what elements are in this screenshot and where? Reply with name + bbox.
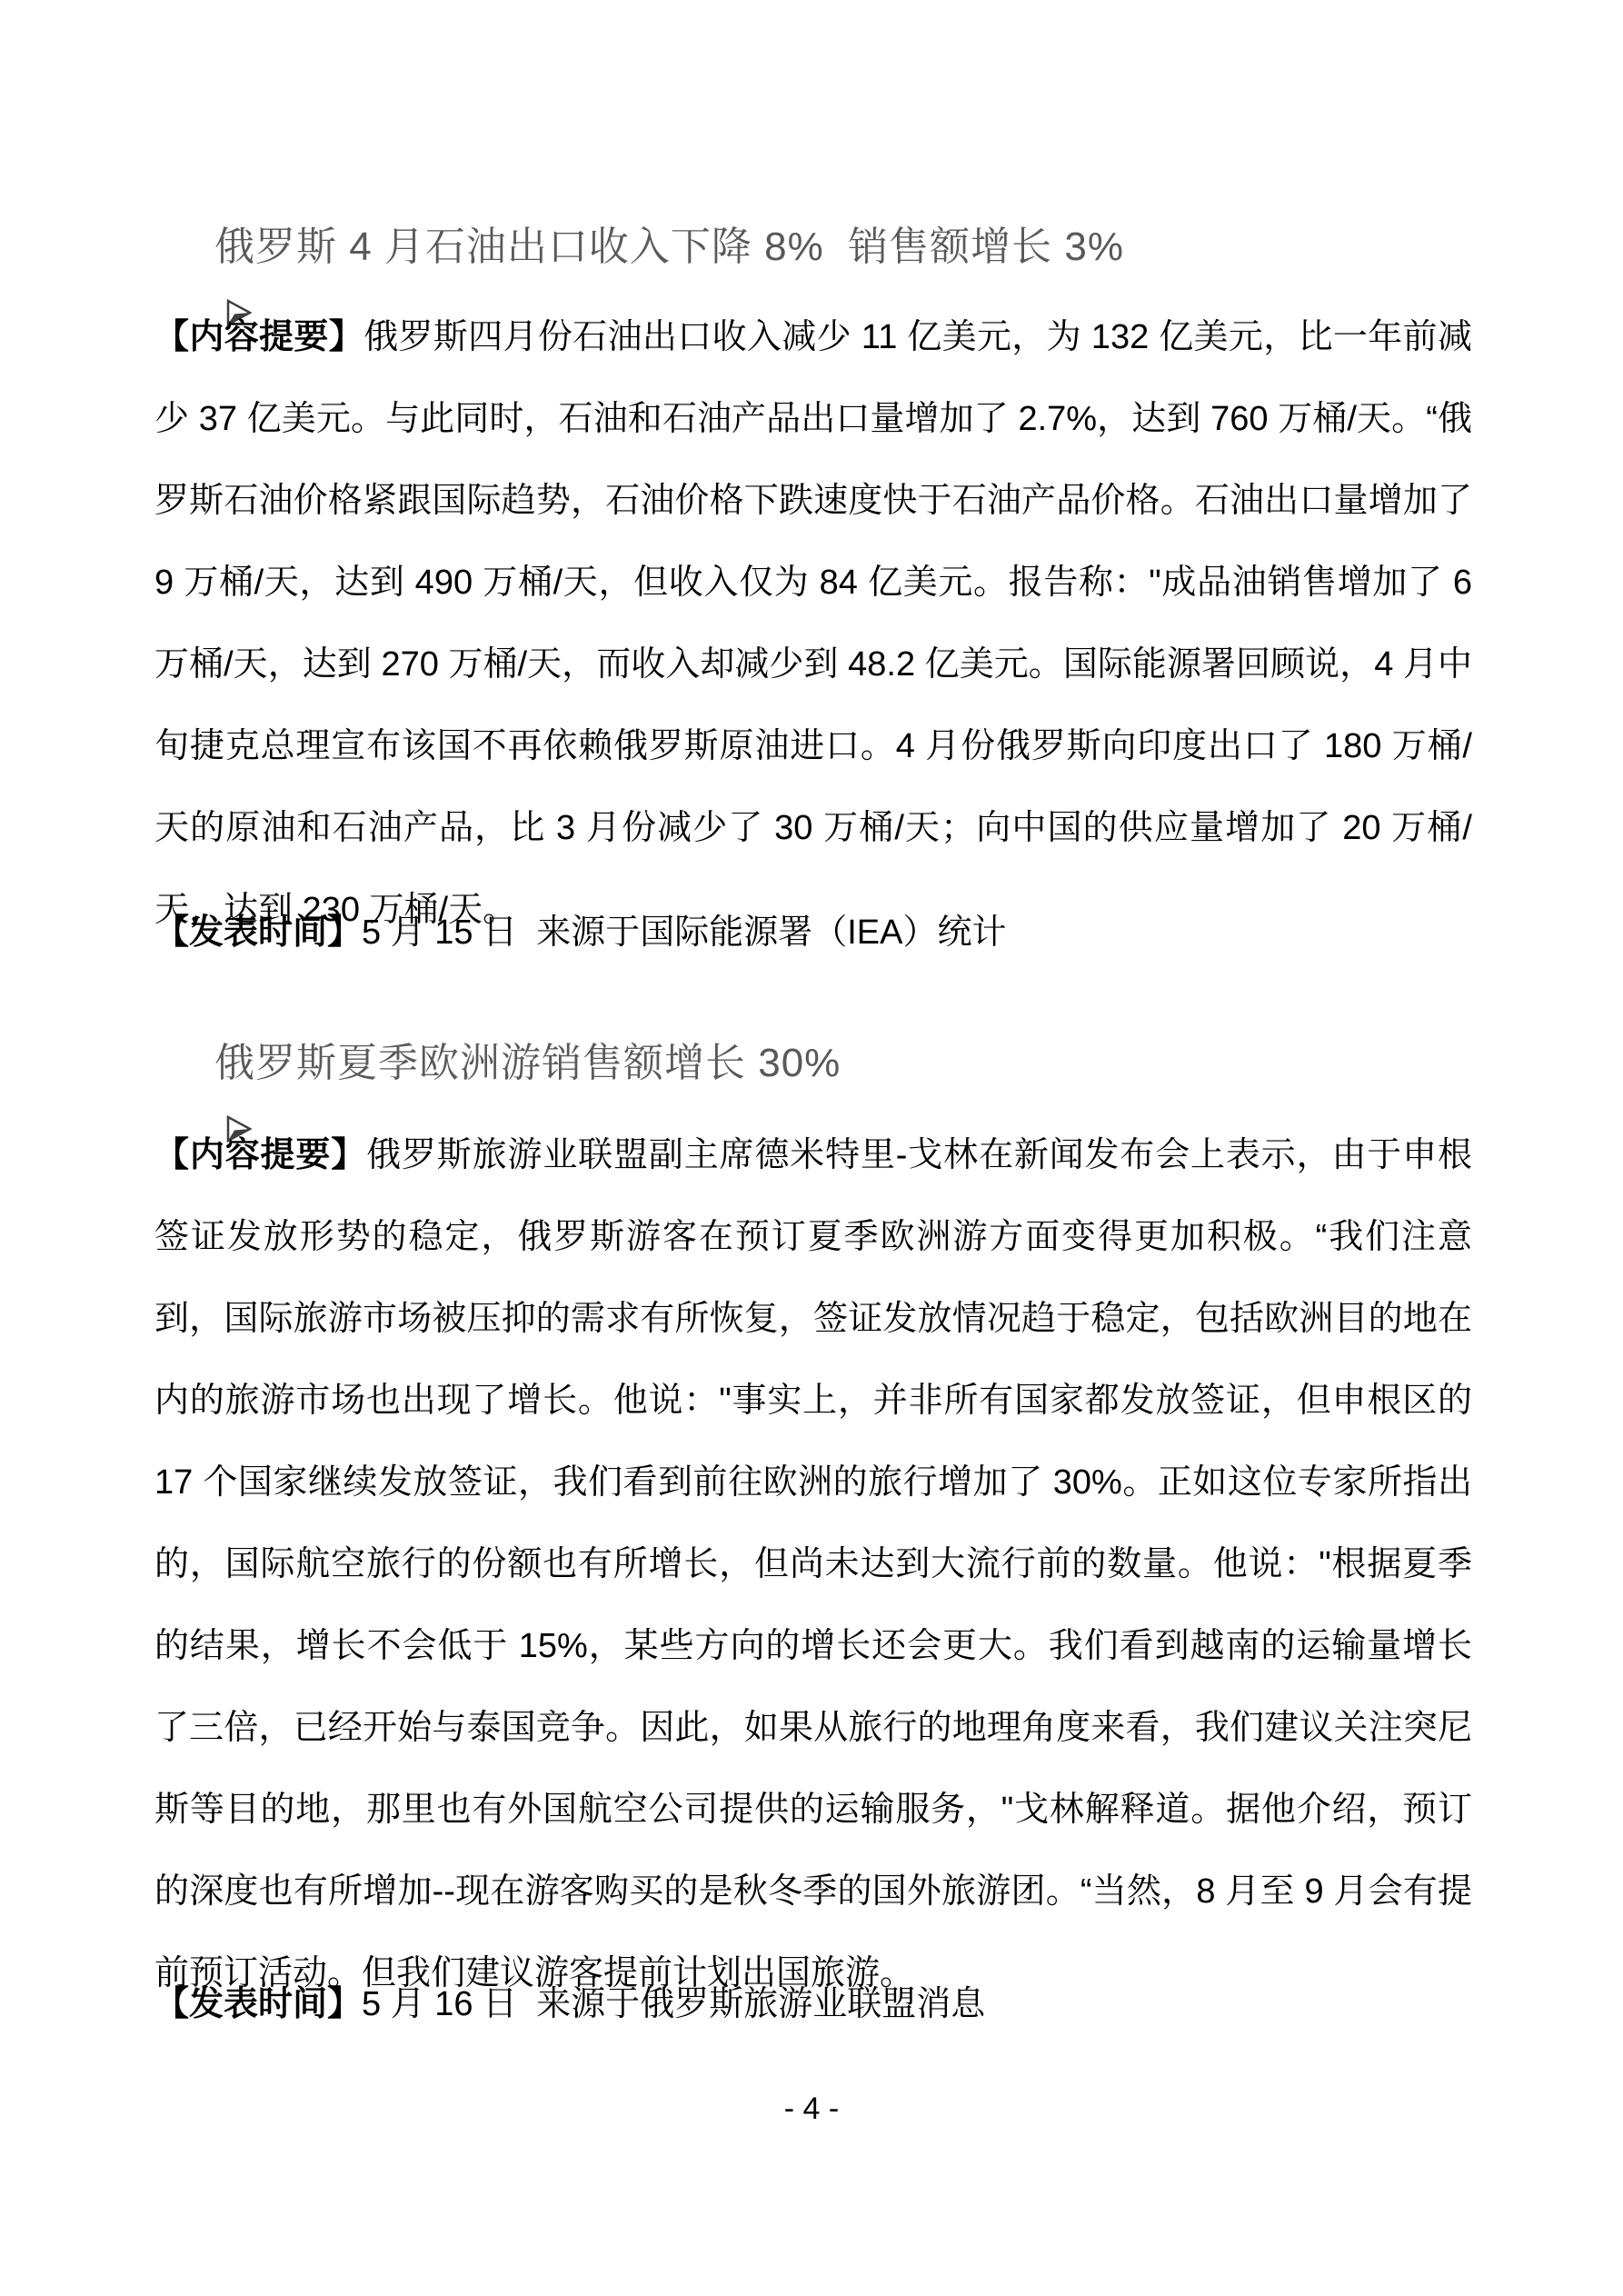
- section-heading-oil-exports: 俄罗斯 4 月石油出口收入下降 8% 销售额增长 3%: [154, 220, 1472, 275]
- publish-line: 【发表时间】5 月 15 日 来源于国际能源署（IEA）统计: [154, 905, 1472, 960]
- summary-label: 【内容提要】: [154, 318, 363, 356]
- summary-text: 俄罗斯旅游业联盟副主席德米特里-戈林在新闻发布会上表示，由于申根签证发放形势的稳…: [154, 1136, 1472, 1992]
- summary-paragraph: 【内容提要】俄罗斯旅游业联盟副主席德米特里-戈林在新闻发布会上表示，由于申根签证…: [154, 1114, 1472, 2014]
- section-heading-summer-travel: 俄罗斯夏季欧洲游销售额增长 30%: [154, 1036, 1472, 1091]
- arrowhead-right-icon: [154, 1049, 180, 1078]
- publish-text: 5 月 15 日 来源于国际能源署（IEA）统计: [362, 913, 1006, 952]
- publish-text: 5 月 16 日 来源于俄罗斯旅游业联盟消息: [362, 1985, 985, 2023]
- page-number: - 4 -: [0, 2091, 1623, 2127]
- publish-label: 【发表时间】: [154, 1985, 362, 2023]
- summary-label: 【内容提要】: [154, 1136, 366, 1174]
- summary-paragraph: 【内容提要】俄罗斯四月份石油出口收入减少 11 亿美元，为 132 亿美元，比一…: [154, 296, 1472, 951]
- arrowhead-right-icon: [154, 233, 180, 262]
- section-heading-text: 俄罗斯 4 月石油出口收入下降 8% 销售额增长 3%: [214, 220, 1124, 275]
- publish-line: 【发表时间】5 月 16 日 来源于俄罗斯旅游业联盟消息: [154, 1977, 1472, 2031]
- section-heading-text: 俄罗斯夏季欧洲游销售额增长 30%: [214, 1036, 841, 1091]
- publish-label: 【发表时间】: [154, 913, 362, 952]
- summary-text: 俄罗斯四月份石油出口收入减少 11 亿美元，为 132 亿美元，比一年前减少 3…: [154, 318, 1472, 929]
